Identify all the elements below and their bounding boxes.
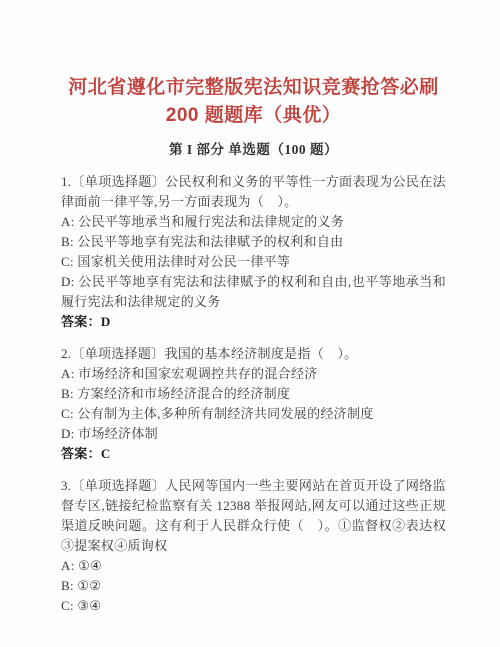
option-line-a: A: 市场经济和国家宏观调控共存的混合经济 [61, 364, 446, 384]
page-title-line-1: 河北省遵化市完整版宪法知识竞赛抢答必刷 [61, 74, 446, 102]
answer-line: 答案：C [61, 444, 446, 464]
question-stem: 3.〔单项选择题〕人民网等国内一些主要网站在首页开设了网络监督专区,链接纪检监察… [61, 476, 446, 556]
option-line-b: B: ①② [61, 576, 446, 596]
question-stem: 2.〔单项选择题〕我国的基本经济制度是指（ ）。 [61, 344, 446, 364]
option-line-b: B: 方案经济和市场经济混合的经济制度 [61, 384, 446, 404]
option-line-a: A: 公民平等地承当和履行宪法和法律规定的义务 [61, 212, 446, 232]
option-line-c: C: 国家机关使用法律时对公民一律平等 [61, 252, 446, 272]
option-line-a: A: ①④ [61, 556, 446, 576]
option-line-d: D: 市场经济体制 [61, 424, 446, 444]
question-block-1: 1.〔单项选择题〕公民权利和义务的平等性一方面表现为公民在法律面前一律平等,另一… [61, 172, 446, 332]
page-title-line-2: 200 题题库（典优） [61, 102, 446, 130]
option-line-c: C: 公有制为主体,多种所有制经济共同发展的经济制度 [61, 404, 446, 424]
answer-value: C [101, 446, 111, 461]
option-line-c: C: ③④ [61, 596, 446, 616]
section-heading: 第 I 部分 单选题（100 题） [61, 140, 446, 160]
option-line-d: D: 公民平等地享有宪法和法律赋予的权利和自由,也平等地承当和履行宪法和法律规定… [61, 272, 446, 312]
option-line-b: B: 公民平等地享有宪法和法律赋予的权利和自由 [61, 232, 446, 252]
question-block-3: 3.〔单项选择题〕人民网等国内一些主要网站在首页开设了网络监督专区,链接纪检监察… [61, 476, 446, 616]
answer-label: 答案： [61, 314, 101, 329]
question-stem: 1.〔单项选择题〕公民权利和义务的平等性一方面表现为公民在法律面前一律平等,另一… [61, 172, 446, 212]
page-title: 河北省遵化市完整版宪法知识竞赛抢答必刷 200 题题库（典优） [61, 74, 446, 130]
answer-label: 答案： [61, 446, 101, 461]
document-page: 河北省遵化市完整版宪法知识竞赛抢答必刷 200 题题库（典优） 第 I 部分 单… [0, 0, 500, 647]
answer-value: D [101, 314, 111, 329]
question-block-2: 2.〔单项选择题〕我国的基本经济制度是指（ ）。 A: 市场经济和国家宏观调控共… [61, 344, 446, 464]
answer-line: 答案：D [61, 312, 446, 332]
